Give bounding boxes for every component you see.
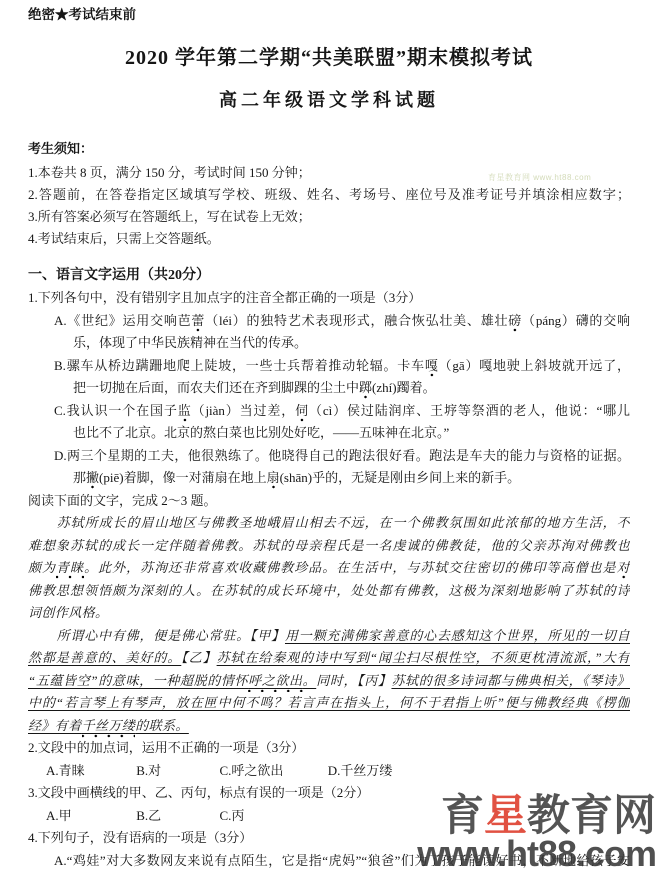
text-segment: (piē)着脚，像一对蒲扇在地上 [99, 470, 267, 485]
text-segment: 青睐 [56, 560, 84, 579]
notice-item-4: 4.考试结束后，只需上交答题纸。 [28, 228, 630, 250]
text-segment: 监 [178, 403, 192, 422]
text-segment: 嘎 [425, 358, 439, 377]
text-segment: 【乙】 [181, 650, 216, 665]
passage2-line1: 所谓心中有佛，便是佛心常驻。【甲】用一颗充满佛家善意的心去感知这个世界，所见的一… [28, 625, 630, 648]
q2-option-c: C.呼之欲出 [220, 760, 325, 783]
q1-option-b-line2: 把一切抛在后面，而农夫们还在齐到脚踝的尘土中踯(zhí)躅着。 [28, 377, 630, 400]
exam-paper-page: 绝密★考试结束前 2020 学年第二学期“共美联盟”期末模拟考试 高二年级语文学… [0, 0, 658, 869]
q2-option-a: A.青睐 [46, 760, 133, 783]
passage1-line2: 难想象苏轼的成长一定伴随着佛教。苏轼的母亲程氏是一名虔诚的佛教徒，他的父亲苏洵对… [28, 535, 630, 558]
q1-option-d-line1: D.两三个星期的工夫，他很熟练了。他晓得自己的跑法很好看。跑法是车夫的能力与资格… [28, 445, 630, 468]
text-segment: A.《世纪》运用交响芭 [54, 313, 191, 328]
q2-stem: 2.文段中的加点词，运用不正确的一项是（3分） [28, 737, 630, 760]
text-segment: （páng）礴的交响 [522, 313, 630, 328]
text-segment: 伺 [295, 403, 309, 422]
text-segment: 对 [617, 560, 630, 579]
q1-option-b-line1: B.骡车从桥边蹒跚地爬上陡坡，一些士兵帮着推动轮辐。卡车嘎（gā）嘎地驶上斜坡就… [28, 355, 630, 378]
faint-watermark: 育星教育网 www.ht88.com [488, 172, 591, 183]
q1-stem: 1.下列各句中，没有错别字且加点字的注音全都正确的一项是（3分） [28, 287, 630, 310]
text-segment: （gā）嘎地驶上斜坡就开远了， [439, 358, 630, 373]
q2-options: A.青睐 B.对 C.呼之欲出 D.千丝万缕 [28, 760, 630, 783]
passage1-line1: 苏轼所成长的眉山地区与佛教圣地峨眉山相去不远，在一个佛教氛围如此浓郁的地方生活，… [28, 512, 630, 535]
passage2-line5: 经》有着千丝万缕的联系。 [28, 715, 630, 738]
text-segment: C.我认识一个在国子 [54, 403, 178, 418]
q4-stem: 4.下列句子，没有语病的一项是（3分） [28, 827, 630, 850]
text-segment: 所谓心中有佛，便是佛心常驻。【甲】 [57, 628, 285, 643]
text-segment: “五蕴皆空”的意味，一种超脱的情怀 [28, 673, 248, 688]
q1-option-d-line2: 那撇(piē)着脚，像一对蒲扇在地上扇(shān)乎的，无疑是刚由乡间上来的新手… [28, 467, 630, 490]
q4-option-a-line1: A.“鸡娃”对大多数网友来说有点陌生，它是指“虎妈”“狼爸”们为了孩子能读好书，… [28, 850, 630, 869]
section-1-heading: 一、语言文字运用（共20分） [28, 264, 630, 287]
text-segment: （jiàn）当过差， [192, 403, 296, 418]
q1-option-a-line2: 乐，体现了中华民族精神在当代的传承。 [28, 332, 630, 355]
candidate-notice: 考生须知： 1.本卷共 8 页，满分 150 分，考试时间 150 分钟； 2.… [28, 138, 630, 250]
passage1-line4: 佛教思想领悟颇为深刻的人。在苏轼的成长环境中，处处都有佛教，这极为深刻地影响了苏… [28, 580, 630, 603]
text-segment: 经》有着 [28, 718, 82, 733]
text-segment: 蕾 [191, 313, 205, 332]
q2-option-d: D.千丝万缕 [328, 760, 393, 783]
text-segment: 。此外，苏洵还非常喜欢收藏佛教珍品。在生活中，与苏轼交往密切的佛印等高僧也是 [84, 560, 617, 575]
reading-intro: 阅读下面的文字，完成 2～3 题。 [28, 490, 630, 513]
text-segment: 颇为 [28, 560, 56, 575]
exam-subtitle: 高二年级语文学科试题 [28, 88, 630, 112]
passage1-line5: 词创作风格。 [28, 602, 630, 625]
q3-stem: 3.文段中画横线的甲、乙、丙句，标点有误的一项是（2分） [28, 782, 630, 805]
exam-title: 2020 学年第二学期“共美联盟”期末模拟考试 [28, 44, 630, 72]
text-segment: 。 [303, 673, 317, 688]
text-segment: 中的“若言琴上有琴声，放在匣中何不鸣？若言声在指头上，何不于君指上听”便与佛教经… [28, 695, 630, 710]
notice-item-3: 3.所有答案必须写在答题纸上，写在试卷上无效； [28, 206, 630, 228]
text-segment: （léi）的独特艺术表现形式，融合恢弘壮美、雄壮 [205, 313, 508, 328]
text-segment: 那 [73, 470, 86, 485]
text-segment: 把一切抛在后面，而农夫们还在齐到脚踝的尘土中 [73, 380, 359, 395]
text-segment: (shān)乎的，无疑是刚由乡间上来的新手。 [280, 470, 521, 485]
text-segment: B.骡车从桥边蹒跚地爬上陡坡，一些士兵帮着推动轮辐。卡车 [54, 358, 425, 373]
text-segment: (zhí)躅着。 [372, 380, 436, 395]
q3-option-a: A.甲 [46, 805, 133, 828]
text-segment: 苏轼在给秦观的诗中写到“闻尘扫尽根性空，不须更枕清流派，”大有 [217, 650, 630, 665]
text-segment: 磅 [508, 313, 522, 332]
q3-option-c: C.丙 [220, 805, 245, 828]
text-segment: 然都是善意的、美好的。 [28, 650, 181, 665]
passage2-line3: “五蕴皆空”的意味，一种超脱的情怀呼之欲出。同时，【丙】苏轼的很多诗词都与佛典相… [28, 670, 630, 693]
q3-options: A.甲 B.乙 C.丙 [28, 805, 630, 828]
text-segment: 撇 [86, 470, 99, 489]
text-segment: 用一颗充满佛家善意的心去感知这个世界，所见的一切自 [285, 628, 630, 643]
text-segment: 扇 [267, 470, 280, 489]
passage2-line4: 中的“若言琴上有琴声，放在匣中何不鸣？若言声在指头上，何不于君指上听”便与佛教经… [28, 692, 630, 715]
q3-option-b: B.乙 [136, 805, 216, 828]
text-segment: （cì）侯过陆润庠、王垿等祭酒的老人，他说：“哪儿 [309, 403, 630, 418]
q1-option-c-line1: C.我认识一个在国子监（jiàn）当过差，伺（cì）侯过陆润庠、王垿等祭酒的老人… [28, 400, 630, 423]
text-segment: 千丝万缕 [82, 718, 136, 738]
q2-option-b: B.对 [136, 760, 216, 783]
q1-option-a-line1: A.《世纪》运用交响芭蕾（léi）的独特艺术表现形式，融合恢弘壮美、雄壮磅（pá… [28, 310, 630, 333]
passage2-line2: 然都是善意的、美好的。【乙】苏轼在给秦观的诗中写到“闻尘扫尽根性空，不须更枕清流… [28, 647, 630, 670]
text-segment: 的联系。 [135, 718, 189, 733]
text-segment: 呼之欲出 [248, 673, 303, 693]
text-segment: 踯 [359, 380, 372, 399]
passage1-line3: 颇为青睐。此外，苏洵还非常喜欢收藏佛教珍品。在生活中，与苏轼交往密切的佛印等高僧… [28, 557, 630, 580]
q1-option-c-line2: 也比不了北京。北京的熬白菜也比别处好吃，——五味神在北京。” [28, 422, 630, 445]
text-segment: 苏轼的很多诗词都与佛典相关，《琴诗》 [391, 673, 630, 688]
notice-heading: 考生须知： [28, 138, 630, 160]
text-segment: 同时，【丙】 [316, 673, 391, 688]
notice-item-2: 2.答题前，在答卷指定区域填写学校、班级、姓名、考场号、座位号及准考证号并填涂相… [28, 184, 630, 206]
security-classification: 绝密★考试结束前 [28, 6, 630, 24]
